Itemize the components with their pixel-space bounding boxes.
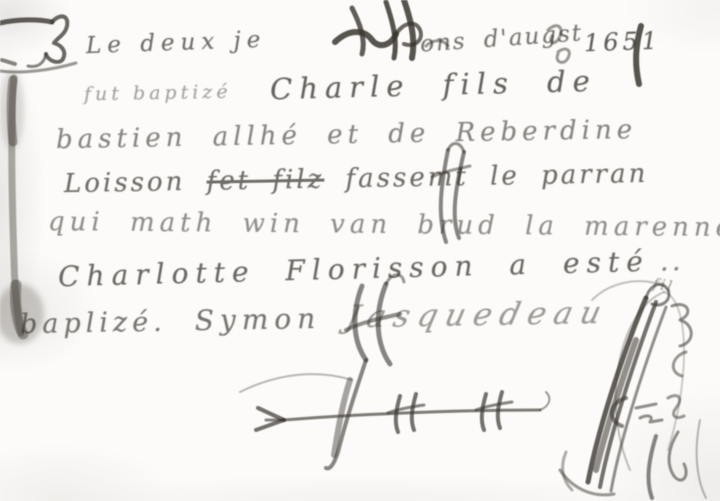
manuscript-line5: qui math win van brud la marenne <box>48 207 720 243</box>
manuscript-line2-faded: fut baptizé <box>84 81 232 106</box>
line4-godfather: fassemt le parran <box>345 159 648 194</box>
manuscript-line1-year: 1651 <box>584 27 662 58</box>
line6-trailing-dots: .. <box>659 244 684 278</box>
left-edge-smudge <box>0 70 44 344</box>
line7-baptized-word: baplizé. <box>20 307 167 341</box>
line4-struck-words: fet filz <box>206 165 324 197</box>
manuscript-scan: Le deux je ons d'augst 1651 fut baptizé … <box>0 0 720 501</box>
line4-surname: Loisson <box>64 167 186 199</box>
signature-paraph <box>240 360 549 468</box>
line7-first-name: Symon <box>194 302 321 337</box>
marginal-scribble: fil <box>652 274 676 295</box>
signature-name: Jasquedeau <box>343 295 613 336</box>
corner-mark <box>0 16 76 72</box>
